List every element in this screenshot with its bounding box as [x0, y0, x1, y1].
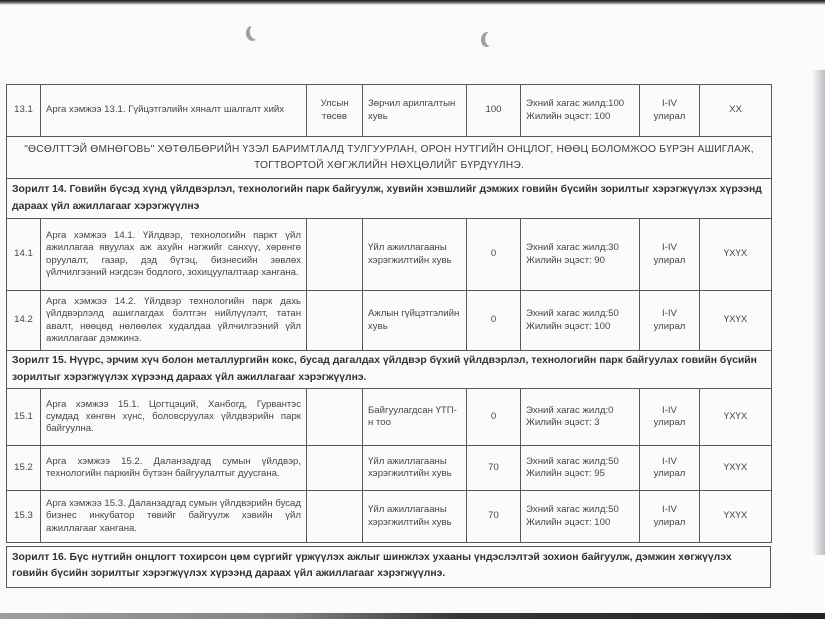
indicator-cell: Үйл ажиллагааны хэрэгжилтийн хувь — [363, 219, 467, 291]
table-row: 14.1 Арга хэмжээ 14.1. Үйлдвэр, технолог… — [7, 219, 772, 291]
goal-16-header: Зорилт 16. Бүс нутгийн онцлогт тохирсон … — [6, 546, 771, 588]
baseline-cell: 70 — [467, 491, 521, 543]
scan-top-edge — [0, 0, 825, 5]
activity-cell: Арга хэмжээ 15.1. Цогтцэций, Ханбогд, Гу… — [41, 389, 307, 446]
target-cell: Эхний хагас жилд:0 Жилийн эцэст: 3 — [521, 389, 640, 446]
budget-cell — [307, 446, 363, 491]
target-cell: Эхний хагас жилд:50 Жилийн эцэст: 100 — [521, 291, 640, 351]
table-row: Зорилт 14. Говийн бүсэд хүнд үйлдвэрлэл,… — [7, 179, 772, 219]
indicator-cell: Байгуулагдсан ҮТП-н тоо — [363, 389, 467, 446]
budget-cell: Улсын төсөв — [307, 85, 363, 137]
quarter-cell: I-IV улирал — [640, 389, 700, 446]
baseline-cell: 0 — [467, 389, 521, 446]
activity-cell: Арга хэмжээ 14.1. Үйлдвэр, технологийн п… — [41, 219, 307, 291]
row-number-cell: 15.3 — [7, 491, 41, 543]
org-cell: ХХ — [700, 85, 772, 137]
scanned-page: 13.1 Арга хэмжээ 13.1. Гүйцэтгэлийн хяна… — [0, 0, 825, 619]
crescent-scan-mark-icon — [480, 32, 493, 48]
budget-cell — [307, 389, 363, 446]
activity-cell: Арга хэмжээ 15.3. Даланзадгад сумын үйлд… — [41, 491, 307, 543]
quarter-cell: I-IV улирал — [640, 446, 700, 491]
row-number-cell: 13.1 — [7, 85, 41, 137]
quarter-cell: I-IV улирал — [640, 85, 700, 137]
org-cell: ҮХҮХ — [700, 446, 772, 491]
target-cell: Эхний хагас жилд:30 Жилийн эцэст: 90 — [521, 219, 640, 291]
baseline-cell: 0 — [467, 219, 521, 291]
row-number-cell: 15.2 — [7, 446, 41, 491]
quarter-cell: I-IV улирал — [640, 219, 700, 291]
budget-cell — [307, 291, 363, 351]
org-cell: ҮХҮХ — [700, 389, 772, 446]
page-edge-shadow — [812, 70, 825, 555]
target-cell: Эхний хагас жилд:100 Жилийн эцэст: 100 — [521, 85, 640, 137]
quarter-cell: I-IV улирал — [640, 291, 700, 351]
target-cell: Эхний хагас жилд:50 Жилийн эцэст: 95 — [521, 446, 640, 491]
baseline-cell: 100 — [467, 85, 521, 137]
goal-15-header: Зорилт 15. Нүүрс, эрчим хүч болон металл… — [7, 351, 772, 389]
table-row: Зорилт 15. Нүүрс, эрчим хүч болон металл… — [7, 351, 772, 389]
budget-cell — [307, 219, 363, 291]
org-cell: ҮХҮХ — [700, 291, 772, 351]
indicator-cell: Үйл ажиллагааны хэрэгжилтийн хувь — [363, 491, 467, 543]
target-cell: Эхний хагас жилд:50 Жилийн эцэст: 100 — [521, 491, 640, 543]
row-number-cell: 14.1 — [7, 219, 41, 291]
table-row: 15.2 Арга хэмжээ 15.2. Даланзадгад сумын… — [7, 446, 772, 491]
org-cell: ҮХҮХ — [700, 491, 772, 543]
table-row: "ӨСӨЛТТЭЙ ӨМНӨГОВЬ" ХӨТӨЛБӨРИЙН ҮЗЭЛ БАР… — [7, 137, 772, 179]
activity-cell: Арга хэмжээ 14.2. Үйлдвэр технологийн па… — [41, 291, 307, 351]
org-cell: ҮХҮХ — [700, 219, 772, 291]
crescent-scan-mark-icon — [245, 25, 259, 42]
baseline-cell: 0 — [467, 291, 521, 351]
row-number-cell: 15.1 — [7, 389, 41, 446]
indicator-cell: Ажлын гүйцэтгэлийн хувь — [363, 291, 467, 351]
indicator-cell: Зөрчил арилгалтын хувь — [363, 85, 467, 137]
indicator-cell: Үйл ажиллагааны хэрэгжилтийн хувь — [363, 446, 467, 491]
quarter-cell: I-IV улирал — [640, 491, 700, 543]
budget-cell — [307, 491, 363, 543]
table-row: 15.3 Арга хэмжээ 15.3. Даланзадгад сумын… — [7, 491, 772, 543]
baseline-cell: 70 — [467, 446, 521, 491]
goal-14-header: Зорилт 14. Говийн бүсэд хүнд үйлдвэрлэл,… — [7, 179, 772, 219]
table-row: 15.1 Арга хэмжээ 15.1. Цогтцэций, Ханбог… — [7, 389, 772, 446]
table-row: 13.1 Арга хэмжээ 13.1. Гүйцэтгэлийн хяна… — [7, 85, 772, 137]
activity-cell: Арга хэмжээ 13.1. Гүйцэтгэлийн хяналт ша… — [41, 85, 307, 137]
activity-cell: Арга хэмжээ 15.2. Даланзадгад сумын үйлд… — [41, 446, 307, 491]
row-number-cell: 14.2 — [7, 291, 41, 351]
program-banner: "ӨСӨЛТТЭЙ ӨМНӨГОВЬ" ХӨТӨЛБӨРИЙН ҮЗЭЛ БАР… — [7, 137, 772, 179]
scan-bottom-edge — [0, 613, 825, 619]
table-row: 14.2 Арга хэмжээ 14.2. Үйлдвэр технологи… — [7, 291, 772, 351]
implementation-table: 13.1 Арга хэмжээ 13.1. Гүйцэтгэлийн хяна… — [6, 84, 772, 543]
